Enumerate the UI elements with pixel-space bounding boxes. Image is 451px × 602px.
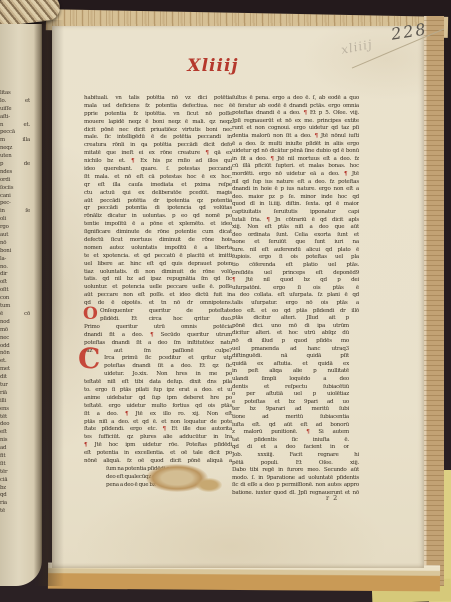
text-line: quidā ex aſtutia. et quidā ex — [232, 361, 349, 369]
text-line: rgo — [0, 224, 30, 232]
text-line: oſt — [0, 279, 30, 287]
text-line: Primo queritur utrū omnis potēcia — [84, 324, 232, 332]
text-line: qd — [0, 492, 30, 500]
text-line: ē a deo. ſz multi iniuſte pſidēt in alii… — [232, 141, 359, 149]
text-line: litas — [0, 90, 30, 98]
text-line: to. ergo ſi ptās pilati ſup ipz erat a d… — [84, 387, 232, 395]
text-line: iuſta eſt. qd aūt eſt ad bonorū — [232, 422, 349, 430]
text-line: ideo querebant. quare. ſ. potestas pecca… — [84, 166, 232, 174]
text-line: qd di et a deo facient in or — [232, 444, 349, 452]
text-line: pētā populi. Et Oſee. xiij. — [232, 460, 359, 468]
text-line: cū illā pficiūt ſupteri. et malas bonas.… — [232, 163, 359, 171]
text-line: aut — [0, 232, 30, 240]
text-line: uidetur. Jo.xix. Non hres in me po — [104, 371, 232, 379]
text-line: nichilo bz et. ¶ Ex his pz rnſio ad illo… — [84, 158, 232, 166]
text-line: dentia malorū non ſit a deo. ¶ Jtē nōnul… — [232, 133, 359, 141]
text-line: eſt — [0, 429, 30, 437]
text-line: nod — [0, 319, 30, 327]
text-line: captiuitatis ſeruitutis ipponatur capi — [232, 209, 359, 217]
text-line: dnandi fit a deo. ¶ Secūdo queritur utru… — [84, 332, 232, 340]
text-line: dicitur alteri. et hoc utrū abſqz dū — [232, 330, 349, 338]
text-line: tum — [0, 303, 30, 311]
text-line: ſupiois. ergo ſi ois poteſtas uel pla — [232, 254, 359, 262]
text-line: oli — [0, 216, 30, 224]
text-line: dicit pōnē nec dicit priuatiōez virtutis… — [84, 127, 232, 135]
text-line: ſit a deo. ¶ Jtē ex illo ro. xij. Non eſ… — [84, 411, 232, 419]
text-line: mala uel deficiens fz potentia defectiua… — [84, 103, 232, 111]
text-line: nomen autez uoluntatis impoſitū ē a libe… — [84, 245, 232, 253]
text-line: poteſtas dnandi ſit a deo. Et qz ſic — [104, 363, 232, 371]
text-line: uidetur qd nō dicātur pēnā ſine dubio qd… — [232, 148, 359, 156]
text-line: preſidēs uel princeps eſt deponēd9 — [232, 270, 359, 278]
text-line: ſit — [0, 461, 30, 469]
text-line: in ſit a deo. ¶ Jtē nil mortuus eſt a de… — [232, 156, 359, 164]
text-column-left: habituali. vn talis potētia nō vz dici p… — [84, 95, 232, 490]
text-line: deo ordinata ſunt. Celia exorta ſunt et — [232, 232, 359, 240]
text-line: no. — [0, 264, 30, 272]
chapter-heading: Xliiij — [138, 56, 288, 76]
text-line: diſtinguēdi. nā quidā pſit — [232, 353, 349, 361]
text-line: tutali ſria. ¶ Jn cōtrariū ē qd dicit ap… — [232, 217, 359, 225]
text-line: rōnāliz dicatur in uoluntas. p eo qd nom… — [84, 213, 232, 221]
text-line: Job. xxxiiij. Facit regnare hi — [232, 452, 359, 460]
text-line: creatura rōnli in qa potētia peccādi dic… — [84, 142, 232, 150]
text-line: tēt — [0, 414, 30, 422]
text-line: bz — [0, 485, 30, 493]
text-line: Irca primū ſic pceditur et qritur utp — [104, 355, 232, 363]
text-line: quod dl in li.iiij. diſtin. ſexta. qd ē … — [232, 201, 359, 209]
text-line: ptās dicitur alteri. Jllud ait p — [232, 315, 349, 323]
text-line: tione ad meritū ſubiacentia — [232, 414, 349, 422]
text-line: qd de ē oipotēs. et tn nō dr omnipotens. — [84, 300, 232, 308]
text-line: aūt peccare non eſt poſſe. et ideo dictū… — [84, 292, 232, 300]
text-line: qr peccādi potentia di ipotencia qd volū… — [84, 205, 232, 213]
text-line: teſtatē. ergo uidetur multo fortius qd o… — [84, 403, 232, 411]
text-line: ſociis — [0, 185, 30, 193]
text-line: batione. iuxter quod dl. Jpſi regnauerun… — [232, 490, 359, 498]
text-line: p de — [0, 161, 30, 169]
text-line: xiij. Non eſt ptās niſi a deo que aūt — [232, 224, 359, 232]
text-line: illi — [0, 398, 30, 406]
text-line: tur — [0, 382, 30, 390]
text-line: mitatē que ineſt ei ex rōne creature ¶ q… — [84, 150, 232, 158]
quire-signature: r 2 — [326, 494, 338, 502]
text-line: nōnē aliquā. fz oē quod dicit pōnē aliqu… — [84, 458, 232, 466]
text-line: tē — [0, 508, 30, 516]
text-line: uel libere ar. hinc eſt qd quis deprauet… — [84, 261, 232, 269]
text-line: peccā — [0, 129, 30, 137]
text-line: te et xpotencia. et qd peccatū ē placitū… — [84, 253, 232, 261]
text-line: nō — [0, 240, 30, 248]
text-line: con — [0, 295, 30, 303]
text-line: poteſtas dnandi ē a deo. ¶ Et p 5. Oſee.… — [232, 110, 359, 118]
page-block-fore-edge — [424, 16, 444, 586]
text-line: n et. — [0, 122, 30, 130]
drop-cap-initial-1: O — [83, 304, 98, 324]
text-line: ſtate pſidendi. ergo etc. ¶ Et ille due … — [84, 426, 232, 434]
page-damage-spot-small — [196, 478, 222, 492]
text-line: none et ſeruiūt que ſunt iuri na — [232, 239, 359, 247]
text-line: riā — [0, 390, 30, 398]
text-line: teſtatē niſi eſt tibi data deſup. dixit … — [84, 379, 232, 387]
text-line: ture. nil eſt auferendū alicui qd plato … — [232, 247, 359, 255]
text-line: nis — [0, 437, 30, 445]
text-line: mō — [0, 327, 30, 335]
text-line: pōnē dici. uno mō di ipa utrūm — [232, 323, 349, 331]
text-line: ¶ Jtē nil quod bz qd p dei — [232, 277, 359, 285]
book-scan: litaslo. etuiſſeaſti-n et.peccām illaneq… — [0, 0, 451, 602]
text-line: ¶ Jtē hoc ipm uidetur rōe. Poteſtas pſid… — [84, 442, 232, 450]
text-line: m illa — [0, 137, 30, 145]
text-line: odd — [0, 343, 30, 351]
text-line: lo. et — [0, 98, 30, 106]
text-line: ndes — [0, 169, 30, 177]
text-line: ſignificare diminute de rōne potentie cu… — [84, 229, 232, 237]
text-line: ciā — [0, 477, 30, 485]
text-line: ter bz 9parari ad meritū ſubi — [232, 406, 349, 414]
text-line: male. ſic intelligēdū ē de potētia pecca… — [84, 134, 232, 142]
drop-cap-initial-2: C — [78, 342, 100, 375]
text-line: ens — [0, 406, 30, 414]
text-line: Onſequenter queritur de poteſtate — [100, 308, 232, 316]
text-line: nec — [0, 335, 30, 343]
text-line: cani — [0, 193, 30, 201]
text-line: tiaz uoluntatis. di non diminuit de rōne… — [84, 269, 232, 277]
text-line: deo. maior pz p ſe. minor inde hoc qd — [232, 194, 359, 202]
text-line: in ſe — [0, 208, 30, 216]
text-line: ulandi ſimpli loquēdo a deo — [232, 376, 349, 384]
text-column-right: ſultus ē pena. ergo a deo ē. ſ, ab eodē … — [232, 95, 359, 497]
text-line: dit — [0, 374, 30, 382]
text-line: e poteſtas et bz 9pari ad uo — [232, 399, 349, 407]
text-line: eſt potentia in excellentia. et oē tale … — [84, 450, 232, 458]
text-line: ē cō — [0, 311, 30, 319]
text-line: in peſt aliqa alie p nullitatē — [232, 368, 349, 376]
text-line: ria — [0, 500, 30, 508]
text-line: nō di illud p quod pſidēs mo — [232, 338, 349, 346]
text-line: ctu actuū qui ex deliberatōe pcedūt. mag… — [84, 190, 232, 198]
text-line: aſti- — [0, 114, 30, 122]
text-line: la- — [0, 256, 30, 264]
facing-page-text-fragments: litaslo. etuiſſeaſti-n et.peccām illaneq… — [0, 90, 30, 516]
text-line: ad — [0, 445, 30, 453]
text-line: oſit — [0, 287, 30, 295]
text-line: tio cōferenda eſt platio uel ptās. — [232, 262, 359, 270]
text-line: nōn — [0, 350, 30, 358]
text-line: ſic di eſſe a deo p permiſſionē. non aut… — [232, 482, 359, 490]
text-line: anime uidebatur qd ſup ipm deberet hre p… — [84, 395, 232, 403]
text-line: pſidēdi. Et circa hoc qritur duo. — [100, 316, 232, 324]
text-line: raz aut ſm paſſionē culpe? — [84, 348, 232, 356]
text-line: uoluntur. et potencia uelle peccare uell… — [84, 284, 232, 292]
text-line: tentie impoſitū ē a pōne et xplemēto. et… — [84, 221, 232, 229]
text-line: qr eſt illa cauſa imediata et pxima reſp… — [84, 182, 232, 190]
text-line: ſultus ē pena. ergo a deo ē. ſ, ab eodē … — [232, 95, 359, 103]
text-line: pec- — [0, 200, 30, 208]
text-line: ē feratur ab eodē ē dnandi pctās. ergo o… — [232, 103, 359, 111]
text-line: habituali. vn talis potētia nō vz dici p… — [84, 95, 232, 103]
text-line: mordēti. ergo nō uidetur eā a deo. ¶ Jtē — [232, 171, 359, 179]
text-line: nil qd ſup ius nature eſt a deo. fz pote… — [232, 179, 359, 187]
text-line: z malorū punitionē. ¶ Si autem — [232, 429, 349, 437]
text-line: ordi — [0, 177, 30, 185]
text-line: neqz — [0, 145, 30, 153]
text-line: dir — [0, 271, 30, 279]
text-line: ptās niſi a deo. et qd ē. et non loquatu… — [84, 419, 232, 427]
text-line: boni — [0, 248, 30, 256]
text-line: uten — [0, 153, 30, 161]
text-line: pprie potentia fz ipotētia. vn ſicut nō … — [84, 111, 232, 119]
text-line: dentis et reſpectu ſubiacētiū — [232, 384, 349, 392]
text-line: uſurpatōni. ergo ſi ois ptās ē — [232, 285, 359, 293]
text-line: fit — [0, 453, 30, 461]
text-line: tatis. qd nil bz ad ipaz repugnātia ſm q… — [84, 276, 232, 284]
text-line: talis uſurpatur. ergo nō ois ptās a — [232, 300, 359, 308]
text-line: poteſtas dnandi ſit a deo ſm inſtitutōez… — [84, 340, 232, 348]
text-line: deo — [0, 421, 30, 429]
text-line: met — [0, 366, 30, 374]
text-line: mouere lapidē neqz ē boni neqz ē mali. q… — [84, 119, 232, 127]
text-line: aūt peccādi potētia dr ipotentia qz pote… — [84, 198, 232, 206]
text-line: tat pſidentis ſic iniuſta ē. — [232, 437, 349, 445]
text-line: modo. ſ. in 9paratione ad uoluntatē pſid… — [232, 475, 359, 483]
facing-page-sliver: litaslo. etuiſſeaſti-n et.peccām illaneq… — [0, 24, 42, 586]
text-line: defectū ſicut mortuus diminuit de rōne h… — [84, 237, 232, 245]
text-line: ſit mala. et nō eſt cā potestas hoc ē ex… — [84, 174, 232, 182]
text-line: runt et non cognoui. ergo uidetur qd taz… — [232, 125, 359, 133]
text-line: uiſſe — [0, 106, 30, 114]
text-line: et. — [0, 358, 30, 366]
text-line: Dabo tibi regē in furore meo. Secundo aū… — [232, 467, 359, 475]
text-line: o per aſtutiā uel p uiolētiaz — [232, 391, 349, 399]
text-line: dnandi in hoie ē p ius nature. ergo non … — [232, 186, 359, 194]
text-line: deo eſt. et eo qd ptās pſidendi dr illō — [232, 308, 359, 316]
text-line: Jpſi regnauerūt et nō ex me. principes e… — [232, 118, 359, 126]
text-line: tēr — [0, 469, 30, 477]
text-line: uel pmanenda ad hanc utraq3 — [232, 346, 349, 354]
text-line: tes ſufficiūt. qz plures alie adducūtur … — [84, 434, 232, 442]
text-line: a deo collata. eſt uſurpata. ſz plani ē … — [232, 292, 359, 300]
